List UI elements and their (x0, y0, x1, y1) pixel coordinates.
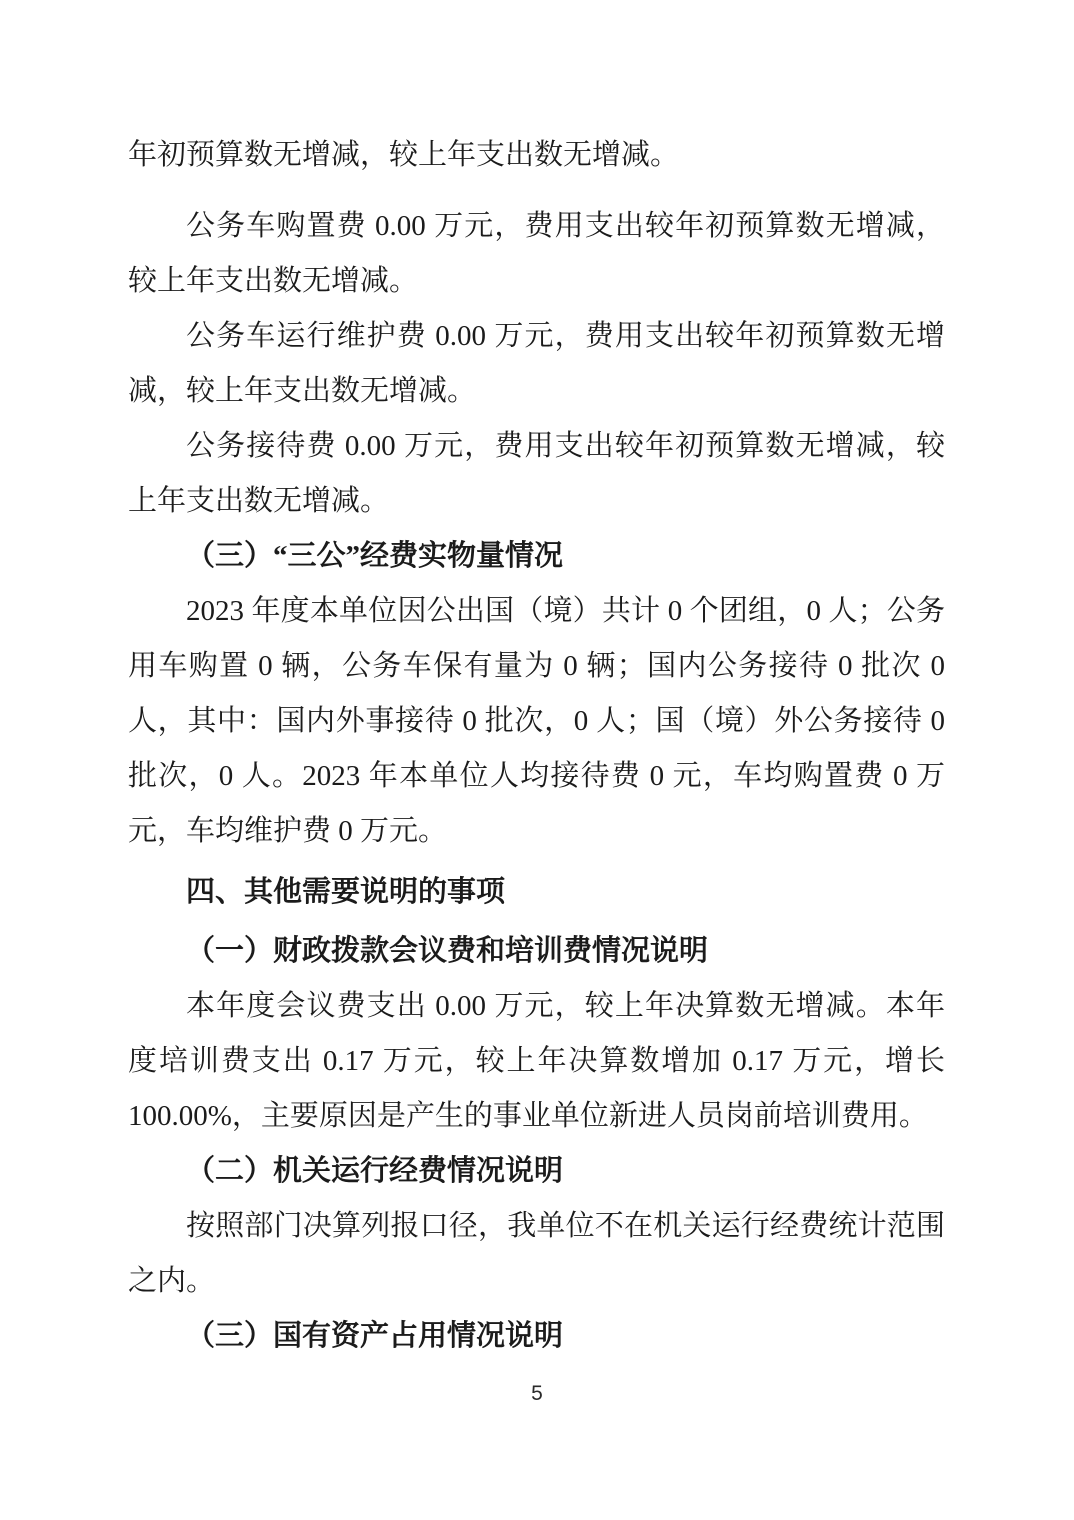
subsection-heading-1-meeting-training-fee: （一）财政拨款会议费和培训费情况说明 (128, 924, 945, 979)
subsection-heading-3-state-assets: （三）国有资产占用情况说明 (128, 1309, 945, 1364)
subsection-heading-2-agency-operating-fund: （二）机关运行经费情况说明 (128, 1144, 945, 1199)
chapter-heading-4-other-matters: 四、其他需要说明的事项 (128, 865, 945, 920)
document-page: 年初预算数无增减，较上年支出数无增减。 公务车购置费 0.00 万元，费用支出较… (0, 0, 1074, 1520)
paragraph-vehicle-purchase-fee: 公务车购置费 0.00 万元，费用支出较年初预算数无增减，较上年支出数无增减。 (128, 199, 945, 309)
page-number: 5 (0, 1381, 1074, 1407)
paragraph-sangong-physical-quantity-detail: 2023 年度本单位因公出国（境）共计 0 个团组，0 人；公务用车购置 0 辆… (128, 584, 945, 859)
paragraph-continuation-sanggong-expense: 年初预算数无增减，较上年支出数无增减。 (128, 128, 945, 183)
paragraph-meeting-training-fee-detail: 本年度会议费支出 0.00 万元，较上年决算数无增减。本年度培训费支出 0.17… (128, 979, 945, 1144)
paragraph-official-reception-fee: 公务接待费 0.00 万元，费用支出较年初预算数无增减，较上年支出数无增减。 (128, 419, 945, 529)
document-body: 年初预算数无增减，较上年支出数无增减。 公务车购置费 0.00 万元，费用支出较… (128, 128, 945, 1364)
subsection-heading-3-sangong-physical-quantity: （三）“三公”经费实物量情况 (128, 529, 945, 584)
paragraph-vehicle-operation-fee: 公务车运行维护费 0.00 万元，费用支出较年初预算数无增减，较上年支出数无增减… (128, 309, 945, 419)
paragraph-agency-operating-fund-detail: 按照部门决算列报口径，我单位不在机关运行经费统计范围之内。 (128, 1199, 945, 1309)
